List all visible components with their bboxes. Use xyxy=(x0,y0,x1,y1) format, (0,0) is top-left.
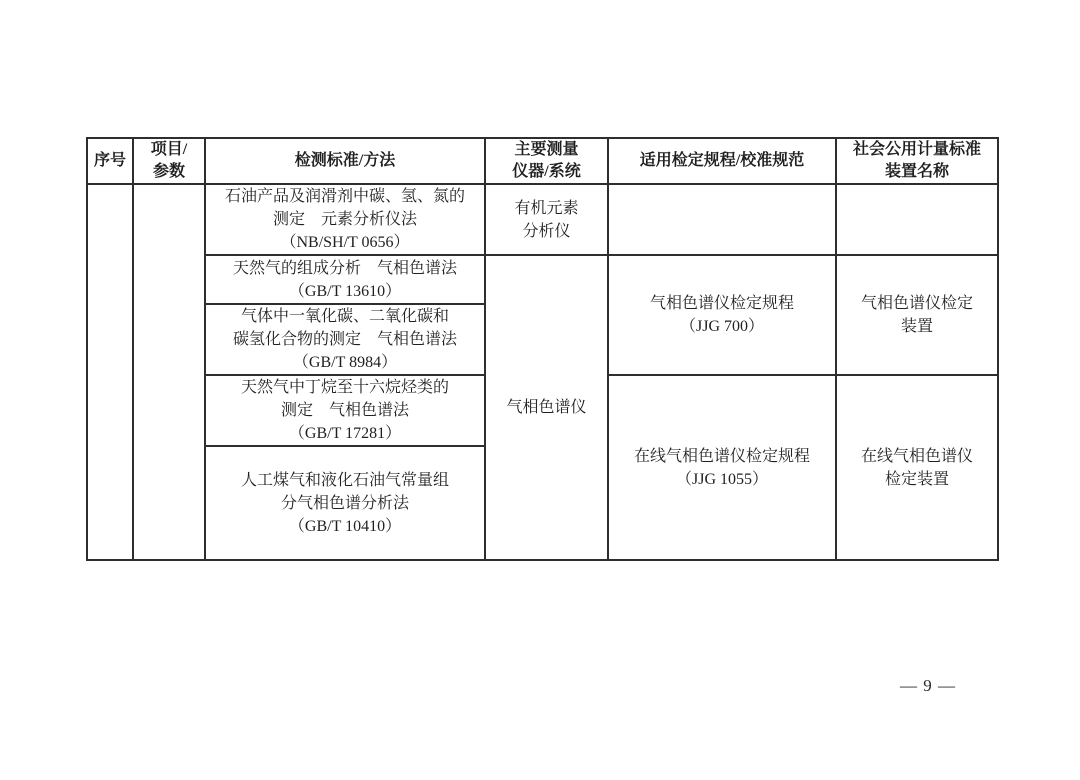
instrument-cell-organic-element-analyzer: 有机元素 分析仪 xyxy=(485,184,608,255)
device-cell-empty xyxy=(836,184,998,255)
table-row: 石油产品及润滑剂中碳、氢、氮的 测定 元素分析仪法 （NB/SH/T 0656）… xyxy=(87,184,998,255)
item-parameter-cell-empty xyxy=(133,184,205,560)
header-serial-number: 序号 xyxy=(87,138,133,184)
standard-cell-gbt8984: 气体中一氧化碳、二氧化碳和 碳氢化合物的测定 气相色谱法 （GB/T 8984） xyxy=(205,304,485,375)
procedure-cell-jjg700: 气相色谱仪检定规程 （JJG 700） xyxy=(608,255,836,375)
header-public-standard-device: 社会公用计量标准 装置名称 xyxy=(836,138,998,184)
procedure-cell-empty xyxy=(608,184,836,255)
page-number: — 9 — xyxy=(900,676,956,696)
table-header-row: 序号 项目/ 参数 检测标准/方法 主要测量 仪器/系统 适用检定规程/校准规范… xyxy=(87,138,998,184)
device-cell-gc-verification: 气相色谱仪检定 装置 xyxy=(836,255,998,375)
procedure-cell-jjg1055: 在线气相色谱仪检定规程 （JJG 1055） xyxy=(608,375,836,560)
standard-cell-nbsht0656: 石油产品及润滑剂中碳、氢、氮的 测定 元素分析仪法 （NB/SH/T 0656） xyxy=(205,184,485,255)
serial-number-cell-empty xyxy=(87,184,133,560)
header-test-standard: 检测标准/方法 xyxy=(205,138,485,184)
standard-cell-gbt17281: 天然气中丁烷至十六烷烃类的 测定 气相色谱法 （GB/T 17281） xyxy=(205,375,485,446)
standard-cell-gbt10410: 人工煤气和液化石油气常量组 分气相色谱分析法 （GB/T 10410） xyxy=(205,446,485,560)
header-item-parameter: 项目/ 参数 xyxy=(133,138,205,184)
header-verification-procedure: 适用检定规程/校准规范 xyxy=(608,138,836,184)
instrument-cell-gas-chromatograph: 气相色谱仪 xyxy=(485,255,608,560)
device-cell-online-gc-verification: 在线气相色谱仪 检定装置 xyxy=(836,375,998,560)
standard-cell-gbt13610: 天然气的组成分析 气相色谱法 （GB/T 13610） xyxy=(205,255,485,304)
header-main-instrument: 主要测量 仪器/系统 xyxy=(485,138,608,184)
table-row: 天然气的组成分析 气相色谱法 （GB/T 13610） 气相色谱仪 气相色谱仪检… xyxy=(87,255,998,304)
measurement-standards-table: 序号 项目/ 参数 检测标准/方法 主要测量 仪器/系统 适用检定规程/校准规范… xyxy=(86,137,999,561)
document-page: 序号 项目/ 参数 检测标准/方法 主要测量 仪器/系统 适用检定规程/校准规范… xyxy=(0,0,1080,780)
